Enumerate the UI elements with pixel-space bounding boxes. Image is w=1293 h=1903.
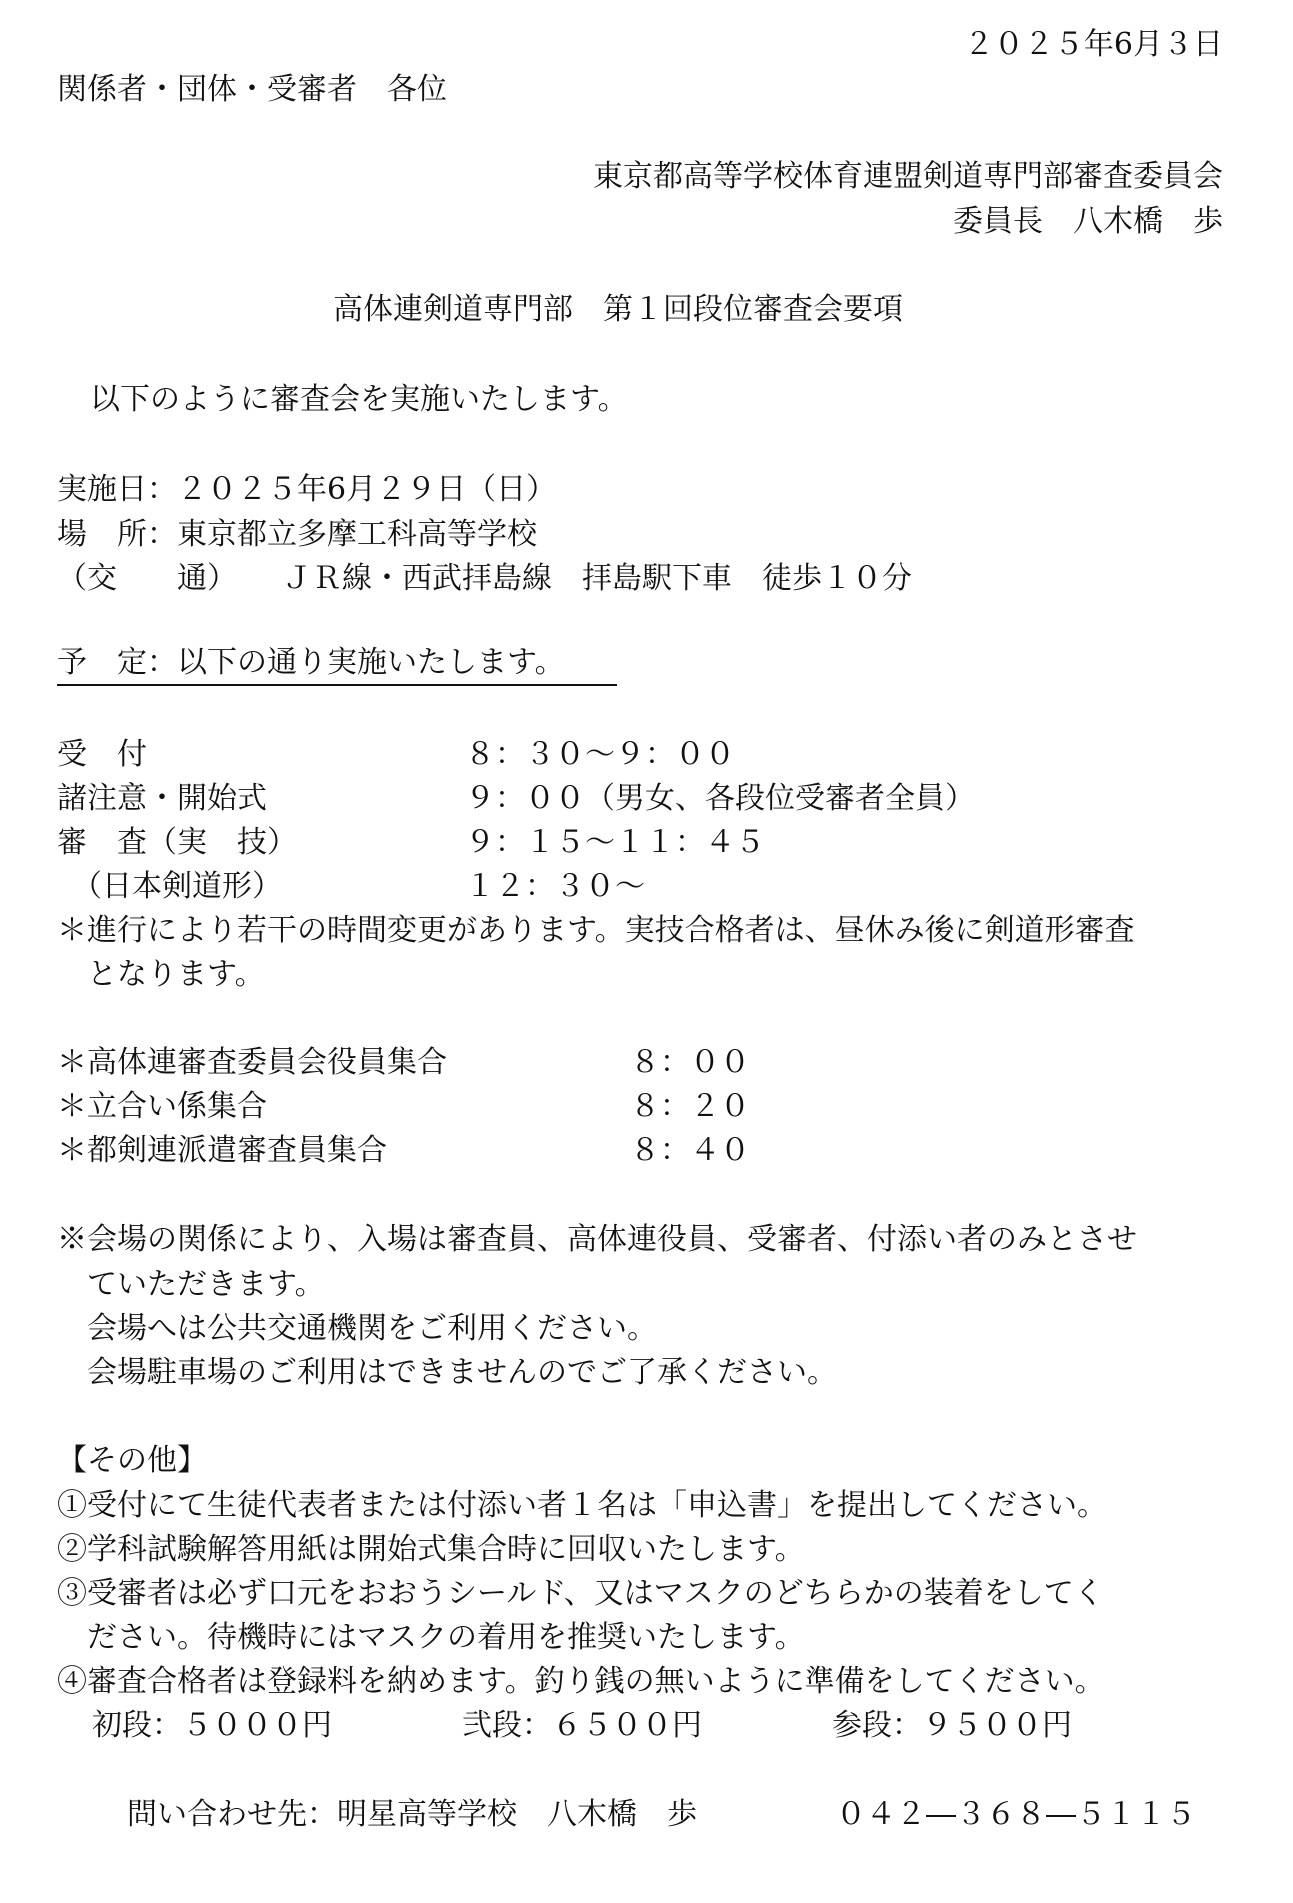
staff-time: ８：２０ <box>630 1092 750 1122</box>
schedule-label: 諸注意・開始式 <box>57 784 267 814</box>
document-title: 高体連剣道専門部 第１回段位審査会要項 <box>333 295 903 325</box>
other-item: ださい。待機時にはマスクの着用を推奨いたします。 <box>57 1623 805 1653</box>
staff-label: ＊立合い係集合 <box>57 1092 267 1122</box>
schedule-time: ８：３０～９：００ <box>465 740 735 770</box>
schedule-note: ＊進行により若干の時間変更があります。実技合格者は、昼休み後に剣道形審査 <box>57 916 1135 946</box>
fee-shodan: 初段：５０００円 <box>92 1711 332 1741</box>
staff-label: ＊都剣連派遣審査員集合 <box>57 1136 387 1166</box>
document-date: ２０２５年6月３日 <box>964 30 1223 60</box>
venue-note: ていただきます。 <box>57 1270 325 1300</box>
venue-note: ※会場の関係により、入場は審査員、高体連役員、受審者、付添い者のみとさせ <box>57 1225 1137 1255</box>
other-item: ②学科試験解答用紙は開始式集合時に回収いたします。 <box>57 1535 805 1565</box>
contact-phone: ０４２―３６８―５１１５ <box>836 1800 1196 1830</box>
other-item: ④審査合格者は登録料を納めます。釣り銭の無いように準備をしてください。 <box>57 1667 1105 1697</box>
schedule-time: １２：３０～ <box>465 872 645 902</box>
schedule-time: ９：００（男女、各段位受審者全員） <box>465 784 975 814</box>
schedule-label: 審 査（実 技） <box>57 828 297 858</box>
contact-label: 問い合わせ先：明星高等学校 八木橋 歩 <box>127 1800 697 1830</box>
fee-nidan: 弐段：６５００円 <box>462 1711 702 1741</box>
schedule-heading: 予 定：以下の通り実施いたします。 <box>57 648 617 686</box>
schedule-label: （日本剣道形） <box>57 872 282 902</box>
addressee: 関係者・団体・受審者 各位 <box>57 75 447 105</box>
schedule-note-cont: となります。 <box>57 960 265 990</box>
intro-text: 以下のように審査会を実施いたします。 <box>90 385 628 415</box>
schedule-label: 受 付 <box>57 740 147 770</box>
issuer-organization: 東京都高等学校体育連盟剣道専門部審査委員会 <box>593 162 1223 192</box>
fee-sandan: 参段：９５００円 <box>832 1711 1072 1741</box>
venue-note: 会場駐車場のご利用はできませんのでご了承ください。 <box>57 1358 837 1388</box>
event-date: 実施日：２０２５年6月２９日（日） <box>57 475 556 505</box>
other-heading: 【その他】 <box>57 1446 207 1476</box>
issuer-person: 委員長 八木橋 歩 <box>953 207 1223 237</box>
staff-time: ８：４０ <box>630 1136 750 1166</box>
other-item: ①受付にて生徒代表者または付添い者１名は「申込書」を提出してください。 <box>57 1491 1107 1521</box>
other-item: ③受審者は必ず口元をおおうシールド、又はマスクのどちらかの装着をしてく <box>57 1579 1104 1609</box>
event-access: （交 通） ＪＲ線・西武拝島線 拝島駅下車 徒歩１０分 <box>57 564 912 594</box>
venue-note: 会場へは公共交通機関をご利用ください。 <box>57 1314 657 1344</box>
staff-label: ＊高体連審査委員会役員集合 <box>57 1048 447 1078</box>
event-place: 場 所：東京都立多摩工科高等学校 <box>57 520 537 550</box>
schedule-time: ９：１５～１１：４５ <box>465 828 765 858</box>
staff-time: ８：００ <box>630 1048 750 1078</box>
